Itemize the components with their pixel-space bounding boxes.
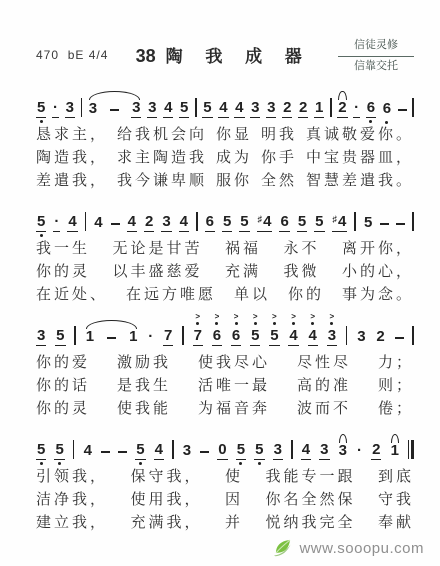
dash-note — [107, 337, 116, 339]
lyric-segment: 给我机会向 — [117, 123, 207, 144]
music-line-4: 5545430553433·21 — [36, 428, 414, 460]
note-4: 4 — [218, 100, 228, 118]
slur-group: 3 — [338, 434, 348, 460]
note-6: 6 — [382, 101, 392, 118]
note-3: 3 — [273, 442, 283, 460]
slur-group: 33 — [88, 91, 142, 118]
dash-note — [118, 451, 127, 453]
note-4: 4> — [308, 328, 318, 346]
dash-note — [398, 109, 407, 111]
lyrics-stanza-4: 引领我，保守我，使我能专一跟到底 洁净我，使用我，因你名全然保守我 建立我，充满… — [36, 464, 414, 533]
note-4: 4 — [234, 100, 244, 118]
barline — [195, 98, 197, 117]
note-6: 6 — [205, 214, 215, 232]
note-4: 4 — [93, 215, 103, 232]
note-1: 1 — [128, 329, 138, 346]
note-4: ♯4 — [257, 214, 273, 232]
lyric-row: 引领我，保守我，使我能专一跟到底 — [36, 464, 414, 487]
dash-note — [110, 109, 119, 111]
lyric-segment: 尽性尽 — [297, 351, 351, 372]
note-3: 3 — [356, 329, 366, 346]
lyric-segment: 智慧差遣我。 — [306, 169, 414, 190]
lyric-segment: 事为念。 — [342, 283, 414, 304]
header: 470 bE 4/4 38陶 我 成 器 信徒灵修 信靠交托 — [36, 38, 414, 82]
note-7: 7> — [193, 328, 203, 346]
lyric-row: 在近处、在远方唯愿单以你的事为念。 — [36, 282, 414, 305]
note-4: 4 — [154, 442, 164, 460]
note-6: 6> — [231, 328, 241, 346]
note-5: 5 — [36, 100, 46, 118]
lyric-segment: 引领我， — [36, 465, 108, 486]
note-5: 5> — [250, 328, 260, 346]
song-title: 陶 我 成 器 — [166, 47, 311, 66]
augmentation-dot: · — [52, 100, 59, 118]
lyrics-stanza-1: 恳求主，给我机会向你显明我真诚敬爱你。 陶造我，求主陶造我成为你手中宝贵器皿， … — [36, 122, 414, 191]
lyric-row: 你的灵以丰盛慈爱充满我微小的心， — [36, 259, 414, 282]
note-7: 7 — [163, 328, 173, 346]
barline — [74, 326, 76, 345]
lyric-row: 陶造我，求主陶造我成为你手中宝贵器皿， — [36, 145, 414, 168]
lyric-segment: 奉献 — [378, 511, 414, 532]
lyric-segment: 你显 — [216, 123, 252, 144]
lyric-row: 建立我，充满我，并悦纳我完全奉献 — [36, 510, 414, 533]
note-4: 4 — [67, 214, 77, 232]
note-5: 5 — [135, 442, 145, 460]
note-6: 6> — [212, 328, 222, 346]
note-3: 3 — [131, 100, 141, 118]
augmentation-dot: · — [356, 443, 363, 460]
lyric-segment: 激励我 — [117, 351, 171, 372]
key-time-signature: bE 4/4 — [68, 48, 109, 62]
note-4: 4 — [163, 100, 173, 118]
lyric-segment: 波而不 — [297, 397, 351, 418]
watermark-footer[interactable]: www.sooopu.com — [273, 539, 424, 558]
song-number: 38 — [136, 46, 156, 66]
note-6: 6 — [366, 100, 376, 118]
note-0: 0 — [217, 442, 227, 460]
note-1: 1 — [390, 443, 400, 460]
note-2: 2 — [282, 100, 292, 118]
note-5: 5 — [36, 214, 46, 232]
lyric-segment: 离开你， — [342, 237, 414, 258]
lyric-segment: 高的准 — [297, 374, 351, 395]
lyric-segment: 守我 — [378, 488, 414, 509]
lyric-segment: 倦； — [378, 397, 414, 418]
note-6: 6 — [279, 214, 289, 232]
lyric-segment: 使 — [225, 465, 243, 486]
note-5: 5 — [202, 100, 212, 118]
note-3: 3 — [147, 100, 157, 118]
lyric-row: 你的灵使我能为福音奔波而不倦； — [36, 396, 414, 419]
lyric-segment: 洁净我， — [36, 488, 108, 509]
lyric-segment: 我今谦卑顺 — [117, 169, 207, 190]
lyric-segment: 我能专一跟 — [265, 465, 355, 486]
barline — [412, 98, 414, 117]
note-3: 3 — [319, 442, 329, 460]
lyric-segment: 你的爱 — [36, 351, 90, 372]
dash-note — [101, 451, 110, 453]
barline — [196, 212, 198, 231]
lyric-segment: 祸福 — [225, 237, 261, 258]
lyric-segment: 小的心， — [342, 260, 414, 281]
note-1: 1 — [314, 100, 324, 118]
lyric-segment: 活唯一最 — [198, 374, 270, 395]
lyric-row: 我一生无论是甘苦祸福永不离开你， — [36, 236, 414, 259]
note-5: 5 — [54, 442, 64, 460]
note-5: 5 — [236, 442, 246, 460]
lyric-segment: 真诚敬爱你。 — [306, 123, 414, 144]
lyric-segment: 全然 — [261, 169, 297, 190]
lyric-segment: 充满 — [225, 260, 261, 281]
barline — [330, 98, 332, 117]
leaf-icon — [273, 539, 295, 558]
barline — [172, 440, 174, 459]
lyric-row: 恳求主，给我机会向你显明我真诚敬爱你。 — [36, 122, 414, 145]
note-3: 3 — [161, 214, 171, 232]
note-3: 3 — [182, 443, 192, 460]
music-line-2: 5·444234655♯4655♯45 — [36, 200, 414, 232]
hymn-sheet-page: 470 bE 4/4 38陶 我 成 器 信徒灵修 信靠交托 5·3333455… — [0, 0, 440, 566]
lyric-segment: 你手 — [261, 146, 297, 167]
lyric-segment: 则； — [378, 374, 414, 395]
lyric-segment: 单以 — [234, 283, 270, 304]
lyric-segment: 并 — [225, 511, 243, 532]
note-4: 4 — [127, 214, 137, 232]
dash-note — [200, 451, 209, 453]
lyric-segment: 使我能 — [117, 397, 171, 418]
slur-group: 1 — [390, 434, 400, 460]
note-3: 3 — [36, 328, 46, 346]
augmentation-dot: · — [147, 329, 154, 346]
note-3: 3 — [88, 101, 98, 118]
lyric-segment: 使用我， — [130, 488, 202, 509]
lyric-segment: 你的灵 — [36, 397, 90, 418]
lyric-segment: 使我尽心 — [198, 351, 270, 372]
lyric-segment: 我微 — [283, 260, 319, 281]
music-line-3: 3511·77>6>6>5>5>4>4>3>32 — [36, 314, 414, 346]
note-5: 5 — [297, 214, 307, 232]
lyric-segment: 你名全然保 — [265, 488, 355, 509]
slur-group: 2 — [337, 91, 347, 118]
lyrics-stanza-2: 我一生无论是甘苦祸福永不离开你， 你的灵以丰盛慈爱充满我微小的心， 在近处、在远… — [36, 236, 414, 305]
note-4: ♯4 — [332, 214, 348, 232]
category-labels: 信徒灵修 信靠交托 — [338, 38, 414, 75]
note-2: 2 — [375, 329, 385, 346]
note-3: 3 — [65, 100, 75, 118]
barline — [73, 440, 75, 459]
dash-note — [395, 337, 404, 339]
barline — [85, 212, 87, 231]
dash-note — [396, 223, 405, 225]
lyric-segment: 你的 — [288, 283, 324, 304]
augmentation-dot: · — [53, 214, 60, 232]
lyric-segment: 恳求主， — [36, 123, 108, 144]
category-top: 信徒灵修 — [338, 38, 414, 57]
page-number: 470 — [36, 48, 59, 62]
note-5: 5 — [314, 214, 324, 232]
lyric-segment: 无论是甘苦 — [112, 237, 202, 258]
barline — [412, 326, 414, 345]
dash-note — [111, 223, 120, 225]
lyric-segment: 为福音奔 — [198, 397, 270, 418]
lyric-row: 洁净我，使用我，因你名全然保守我 — [36, 487, 414, 510]
lyric-segment: 陶造我， — [36, 146, 108, 167]
lyric-segment: 明我 — [261, 123, 297, 144]
lyric-row: 你的爱激励我使我尽心尽性尽力； — [36, 350, 414, 373]
lyric-segment: 差遣我， — [36, 169, 108, 190]
barline — [182, 326, 184, 345]
music-line-1: 5·333345544332212·66 — [36, 86, 414, 118]
lyric-segment: 到底 — [378, 465, 414, 486]
lyric-segment: 充满我， — [130, 511, 202, 532]
note-3: 3 — [250, 100, 260, 118]
note-5: 5 — [254, 442, 264, 460]
title-block: 38陶 我 成 器 — [108, 38, 338, 67]
final-barline — [408, 440, 414, 459]
lyric-segment: 我一生 — [36, 237, 90, 258]
lyric-segment: 求主陶造我 — [117, 146, 207, 167]
lyric-segment: 是我生 — [117, 374, 171, 395]
page-and-key: 470 bE 4/4 — [36, 38, 108, 62]
lyric-segment: 成为 — [216, 146, 252, 167]
note-4: 4> — [288, 328, 298, 346]
note-2: 2 — [298, 100, 308, 118]
lyric-segment: 服你 — [216, 169, 252, 190]
note-4: 4 — [83, 443, 93, 460]
watermark-url[interactable]: www.sooopu.com — [299, 540, 424, 557]
note-2: 2 — [337, 100, 347, 118]
note-3: 3 — [338, 443, 348, 460]
lyric-segment: 你的话 — [36, 374, 90, 395]
lyric-segment: 在远方唯愿 — [126, 283, 216, 304]
barline — [81, 98, 83, 117]
note-5: 5 — [239, 214, 249, 232]
lyric-segment: 永不 — [283, 237, 319, 258]
lyric-segment: 你的灵 — [36, 260, 90, 281]
dash-note — [380, 223, 389, 225]
barline — [291, 440, 293, 459]
lyrics-stanza-3: 你的爱激励我使我尽心尽性尽力； 你的话是我生活唯一最高的准则； 你的灵使我能为福… — [36, 350, 414, 419]
note-2: 2 — [144, 214, 154, 232]
category-bottom: 信靠交托 — [338, 57, 414, 75]
barline — [412, 212, 414, 231]
lyric-segment: 悦纳我完全 — [265, 511, 355, 532]
lyric-segment: 因 — [225, 488, 243, 509]
note-5: 5 — [55, 328, 65, 346]
lyric-segment: 以丰盛慈爱 — [112, 260, 202, 281]
note-5: 5 — [222, 214, 232, 232]
note-5: 5 — [363, 215, 373, 232]
note-2: 2 — [371, 442, 381, 460]
barline — [346, 326, 348, 345]
slur-group: 11 — [85, 320, 139, 346]
barline — [354, 212, 356, 231]
note-5: 5 — [179, 100, 189, 118]
lyric-segment: 建立我， — [36, 511, 108, 532]
lyric-segment: 在近处、 — [36, 283, 108, 304]
lyric-row: 你的话是我生活唯一最高的准则； — [36, 373, 414, 396]
note-4: 4 — [301, 442, 311, 460]
note-5: 5 — [36, 442, 46, 460]
note-3: 3> — [327, 328, 337, 346]
augmentation-dot: · — [353, 100, 360, 118]
note-3: 3 — [266, 100, 276, 118]
lyric-segment: 力； — [378, 351, 414, 372]
note-4: 4 — [179, 214, 189, 232]
lyric-segment: 保守我， — [130, 465, 202, 486]
lyric-segment: 中宝贵器皿， — [306, 146, 414, 167]
note-5: 5> — [269, 328, 279, 346]
score-body: 5·333345544332212·66 恳求主，给我机会向你显明我真诚敬爱你。… — [36, 86, 414, 542]
note-1: 1 — [85, 329, 95, 346]
lyric-row: 差遣我，我今谦卑顺服你全然智慧差遣我。 — [36, 168, 414, 191]
